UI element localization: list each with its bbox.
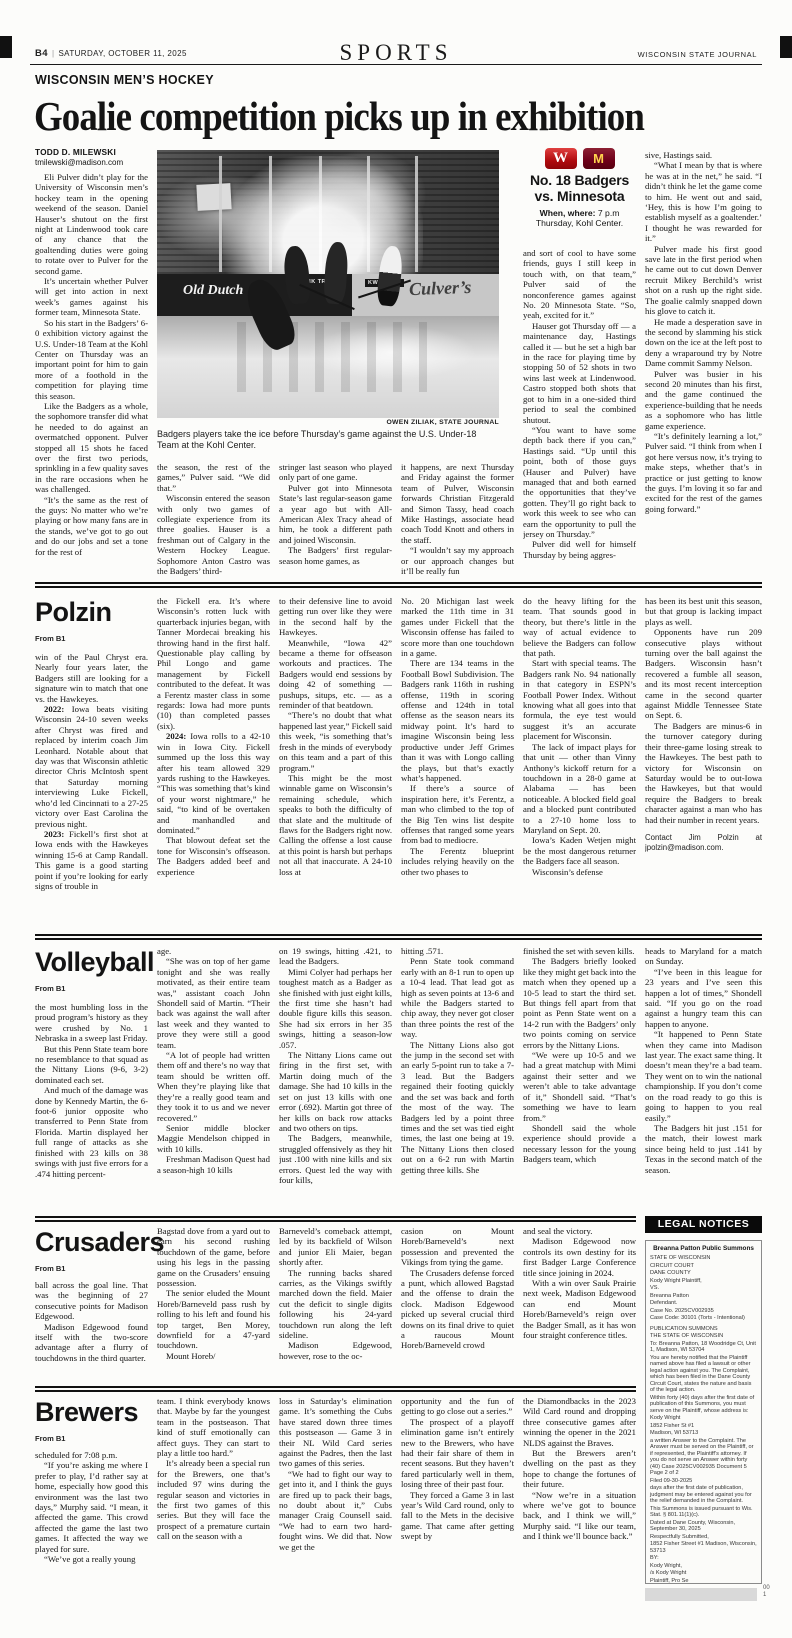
brewers-column-2: team. I think everybody knows that. Mayb… (157, 1396, 270, 1632)
brewers-column-1: scheduled for 7:08 p.m.“If you’re asking… (35, 1450, 148, 1632)
byline-block: TODD D. MILEWSKI tmilewski@madison.com (35, 147, 148, 168)
lead-column-6: sive, Hastings said.“What I mean by that… (645, 150, 762, 576)
photo-credit: OWEN ZILIAK, STATE JOURNAL (157, 419, 499, 426)
crusaders-column-4: casion on Mount Horeb/Barneveld’s next p… (401, 1226, 514, 1384)
brewers-section-heading: Brewers (35, 1398, 138, 1426)
minnesota-logo: M (583, 148, 615, 169)
legal-notice-body: STATE OF WISCONSINCIRCUIT COURTDANE COUN… (650, 1255, 757, 1584)
infobox-title-line1: No. 18 Badgers (530, 172, 629, 188)
story-kicker: WISCONSIN MEN’S HOCKEY (35, 73, 214, 87)
polzin-column-4: No. 20 Michigan last week marked the 11t… (401, 596, 514, 932)
board-ad-old-dutch: Old Dutch (183, 283, 243, 299)
publication-name: WISCONSIN STATE JOURNAL (557, 50, 757, 59)
crusaders-continued-from: From B1 (35, 1264, 65, 1273)
newspaper-page: B4|SATURDAY, OCTOBER 11, 2025 SPORTS WIS… (0, 0, 792, 1638)
crusaders-column-5: and seal the victory.Madison Edgewood no… (523, 1226, 636, 1384)
photo-caption: Badgers players take the ice before Thur… (157, 429, 499, 451)
section-rule (35, 582, 762, 588)
volleyball-column-3: on 19 swings, hitting .421, to lead the … (279, 946, 392, 1212)
volleyball-column-4: hitting .571.Penn State took command ear… (401, 946, 514, 1212)
polzin-column-1: win of the Paul Chryst era. Nearly four … (35, 652, 148, 932)
hockey-photo: Old Dutch KWIK TRIP KWIK TRIP Culver’s (157, 150, 499, 418)
infobox-when-label: When, where: (540, 208, 596, 218)
polzin-continued-from: From B1 (35, 634, 65, 643)
polzin-column-5: do the heavy lifting for the team. That … (523, 596, 636, 932)
footer-mark-top: 00 (763, 1585, 770, 1591)
footer-mark-bottom: 1 (763, 1592, 766, 1598)
footer-strip (645, 1588, 757, 1601)
crusaders-column-2: Bagstad dove from a yard out to earn his… (157, 1226, 270, 1384)
lead-column-4: it happens, are next Thursday and Friday… (401, 462, 514, 578)
brewers-column-5: the Diamondbacks in the 2023 Wild Card r… (523, 1396, 636, 1632)
section-rule (35, 934, 762, 940)
lead-column-1: Eli Pulver didn’t play for the Universit… (35, 172, 148, 576)
volleyball-section-heading: Volleyball (35, 948, 154, 976)
infobox-title: No. 18 Badgersvs. Minnesota (523, 173, 636, 204)
game-infobox: WM No. 18 Badgersvs. Minnesota When, whe… (523, 148, 636, 228)
volleyball-column-2: age.“She was on top of her game tonight … (157, 946, 270, 1212)
brewers-column-4: opportunity and the fun of getting to go… (401, 1396, 514, 1632)
brewers-column-3: loss in Saturday’s elimination game. It’… (279, 1396, 392, 1632)
footer-page-marks: 001 (763, 1585, 770, 1599)
brewers-continued-from: From B1 (35, 1434, 65, 1443)
polzin-column-6: has been its best unit this season, but … (645, 596, 762, 932)
wisconsin-logo: W (545, 148, 577, 169)
legal-notices-banner: LEGAL NOTICES (645, 1216, 762, 1233)
crusaders-column-3: Barneveld’s comeback attempt, led by its… (279, 1226, 392, 1384)
lead-column-3: stringer last season who played only par… (279, 462, 392, 578)
infobox-title-line2: vs. Minnesota (535, 188, 625, 204)
byline-name: TODD D. MILEWSKI (35, 147, 116, 157)
photo-smoke-upper (307, 150, 427, 240)
lead-column-2: the season, the rest of the games,” Pulv… (157, 462, 270, 578)
legal-notice-title: Breanna Patton Public Summons (650, 1245, 757, 1252)
story-headline: Goalie competition picks up in exhibitio… (34, 92, 644, 140)
polzin-column-3: to their defensive line to avoid getting… (279, 596, 392, 932)
volleyball-column-6: heads to Maryland for a match on Sunday.… (645, 946, 762, 1212)
header-rule (30, 64, 762, 65)
section-rule (35, 1216, 636, 1222)
photo-glass-post (219, 156, 222, 272)
byline-email: tmilewski@madison.com (35, 158, 123, 167)
volleyball-continued-from: From B1 (35, 984, 65, 993)
lead-column-5: and sort of cool to have some friends, g… (523, 248, 636, 576)
legal-notice-box: Breanna Patton Public Summons STATE OF W… (645, 1240, 762, 1584)
volleyball-column-5: finished the set with seven kills.The Ba… (523, 946, 636, 1212)
board-ad-culvers: Culver’s (409, 277, 472, 300)
section-rule (35, 1386, 636, 1392)
crusaders-section-heading: Crusaders (35, 1228, 164, 1256)
infobox-logos: WM (523, 148, 636, 169)
polzin-section-heading: Polzin (35, 598, 112, 626)
crusaders-column-1: ball across the goal line. That was the … (35, 1280, 148, 1384)
polzin-column-2: the Fickell era. It’s where Wisconsin’s … (157, 596, 270, 932)
infobox-when: When, where: 7 p.m Thursday, Kohl Center… (523, 208, 636, 228)
volleyball-column-1: the most humbling loss in the proud prog… (35, 1002, 148, 1212)
